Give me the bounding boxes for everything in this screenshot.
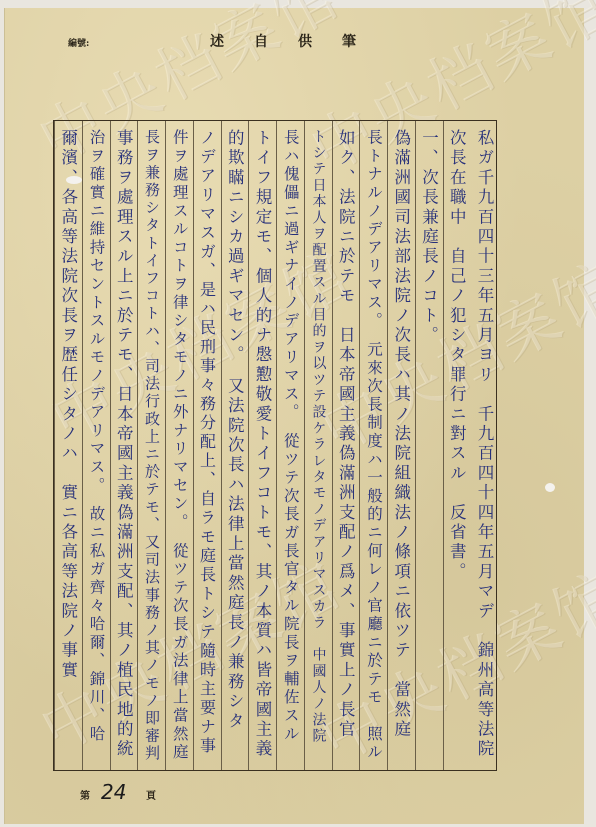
handwritten-line: 一、次長兼庭長ノコト。 [416,129,443,346]
handwritten-line: 的欺瞞ニシカ過ギマセン。 又法院次長ハ法律上當然庭長ノ兼務シタ [222,129,249,731]
handwritten-line: 次長在職中 自己ノ犯シタ罪行ニ對スル 反省書。 [444,129,471,582]
manuscript-column: 偽滿洲國司法部法院ノ次長ハ其ノ法院組織法ノ條項ニ依ツテ 當然庭 [387,121,415,770]
manuscript-column: 的欺瞞ニシカ過ギマセン。 又法院次長ハ法律上當然庭長ノ兼務シタ [221,121,249,770]
manuscript-grid: 私ガ千九百四十三年五月ヨリ 千九百四十四年五月マデ 錦州高等法院次長在職中 自己… [53,120,497,771]
manuscript-column: 長ハ傀儡ニ過ギナイノデアリマス。 從ツテ次長ガ長官タル院長ヲ輔佐スル [276,121,304,770]
manuscript-column: 爾濱、各高等法院次長ヲ歴任シタノハ 實ニ各高等法院ノ事實 [54,121,82,770]
handwritten-line: 長トナルノデアリマス。 元來次長制度ハ一般的ニ何レノ官廳ニ於テモ 照ル [360,129,387,762]
handwritten-line: 偽滿洲國司法部法院ノ次長ハ其ノ法院組織法ノ條項ニ依ツテ 當然庭 [388,129,415,740]
paper-damage-spot [545,483,555,492]
manuscript-column: 長ヲ兼務シタトイフコトハ、司法行政上ニ於テモ、又司法事務ノ其ノモノ即審判 [137,121,165,770]
manuscript-column: 長トナルノデアリマス。 元來次長制度ハ一般的ニ何レノ官廳ニ於テモ 照ル [359,121,387,770]
handwritten-line: トイフ規定モ、個人的ナ慇懃敬愛トイフコトモ、其ノ本質ハ皆帝國主義 [249,129,276,759]
page-suffix: 頁 [146,787,156,802]
serial-number-label: 編號: [68,36,89,49]
page-number: 24 [101,780,126,804]
handwritten-line: 爾濱、各高等法院次長ヲ歴任シタノハ 實ニ各高等法院ノ事實 [55,129,82,681]
manuscript-column: 私ガ千九百四十三年五月ヨリ 千九百四十四年五月マデ 錦州高等法院 [470,121,498,770]
manuscript-column: トシテ日本人ヲ配置スル目的ヲ以ツテ設ケラレタモノデアリマスカラ 中國人ノ法院 [304,121,332,770]
manuscript-column: ノデアリマスガ、是ハ民刑事々務分配上、自ラモ庭長トシテ隨時主要ナ事 [193,121,221,770]
manuscript-column: 治ヲ確實ニ維持セントスルモノデアリマス。 故ニ私ガ齊々哈爾、錦川、哈 [82,121,110,770]
manuscript-column: 次長在職中 自己ノ犯シタ罪行ニ對スル 反省書。 [443,121,471,770]
page-prefix: 第 [80,787,90,802]
manuscript-column: 件ヲ處理スルコトヲ律シタモノニ外ナリマセン。 從ツテ次長ガ法律上當然庭 [165,121,193,770]
form-title: 述自供筆 [210,31,386,51]
manuscript-column: 事務ヲ處理スル上ニ於テモ、日本帝國主義偽滿洲支配、其ノ植民地的統 [110,121,138,770]
manuscript-column: トイフ規定モ、個人的ナ慇懃敬愛トイフコトモ、其ノ本質ハ皆帝國主義 [248,121,276,770]
handwritten-line: 件ヲ處理スルコトヲ律シタモノニ外ナリマセン。 從ツテ次長ガ法律上當然庭 [166,129,193,762]
handwritten-line: 長ヲ兼務シタトイフコトハ、司法行政上ニ於テモ、又司法事務ノ其ノモノ即審判 [138,129,165,763]
manuscript-column: 一、次長兼庭長ノコト。 [415,121,443,770]
handwritten-line: 如ク、法院ニ於テモ 日本帝國主義偽滿洲支配ノ爲メ、事實上ノ長官 [333,129,360,740]
handwritten-line: 長ハ傀儡ニ過ギナイノデアリマス。 從ツテ次長ガ長官タル院長ヲ輔佐スル [277,129,304,743]
handwritten-line: 事務ヲ處理スル上ニ於テモ、日本帝國主義偽滿洲支配、其ノ植民地的統 [111,129,138,759]
manuscript-column: 如ク、法院ニ於テモ 日本帝國主義偽滿洲支配ノ爲メ、事實上ノ長官 [332,121,360,770]
handwritten-line: ノデアリマスガ、是ハ民刑事々務分配上、自ラモ庭長トシテ隨時主要ナ事 [194,129,221,756]
handwritten-line: 私ガ千九百四十三年五月ヨリ 千九百四十四年五月マデ 錦州高等法院 [470,129,498,759]
handwritten-line: 治ヲ確實ニ維持セントスルモノデアリマス。 故ニ私ガ齊々哈爾、錦川、哈 [83,129,110,743]
handwritten-line: トシテ日本人ヲ配置スル目的ヲ以ツテ設ケラレタモノデアリマスカラ 中國人ノ法院 [305,129,332,745]
